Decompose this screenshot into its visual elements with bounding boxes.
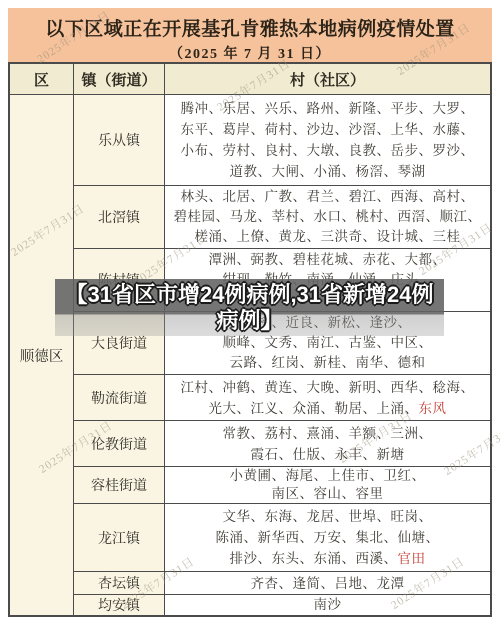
- village-line: 齐杏、逢简、吕地、龙潭: [251, 573, 405, 594]
- header-district: 区: [10, 64, 74, 94]
- village-name-highlighted: 东风: [419, 401, 447, 416]
- village-line: 腾冲、乐居、兴乐、路州、新隆、平步、大罗、: [181, 98, 475, 119]
- overlay-caption-line2: 病例】: [216, 308, 282, 334]
- table-body: 顺德区 乐从镇腾冲、乐居、兴乐、路州、新隆、平步、大罗、东平、葛岸、荷村、沙边、…: [10, 95, 490, 615]
- village-names: 槎涌、上僚、黄龙、三洪奇、设计城、三桂: [195, 229, 461, 244]
- village-list-cell: 江村、冲鹤、黄连、大晚、新明、西华、稔海、光大、江义、众涌、勒居、上涌、东风: [165, 375, 490, 420]
- village-line: 小布、劳村、良村、大墩、良教、岳步、罗沙、: [181, 140, 475, 161]
- village-line: 碧桂园、马龙、莘村、水口、桃村、西滘、顺江、: [174, 207, 482, 227]
- district-cell: 顺德区: [10, 95, 74, 615]
- town-cell: 北滘镇: [74, 186, 165, 248]
- village-names: 道教、大闸、小涌、杨滘、琴湖: [230, 164, 426, 179]
- village-names: 文华、东海、龙居、世埠、旺岗、: [223, 509, 433, 524]
- page-date: （2025 年 7 月 31 日）: [8, 43, 492, 63]
- village-line: 江村、冲鹤、黄连、大晚、新明、西华、稔海、: [181, 377, 475, 398]
- town-cell: 龙江镇: [74, 504, 165, 571]
- overlay-caption: 【31省区市增24例病例,31省新增24例 病例】: [55, 279, 444, 336]
- village-line: 常教、荔村、熹涌、羊额、三洲、: [223, 423, 433, 444]
- village-list-cell: 文华、东海、龙居、世埠、旺岗、陈涌、新华西、万安、集北、仙塘、排沙、东头、东涌、…: [165, 504, 490, 571]
- village-names: 东平、葛岸、荷村、沙边、沙滘、上华、水藤、: [181, 122, 475, 137]
- village-list-cell: 常教、荔村、熹涌、羊额、三洲、霞石、仕版、永丰、新塘: [165, 421, 490, 466]
- village-names: 小布、劳村、良村、大墩、良教、岳步、罗沙、: [181, 143, 475, 158]
- page-title: 以下区域正在开展基孔肯雅热本地病例疫情处置: [8, 8, 492, 41]
- village-line: 道教、大闸、小涌、杨滘、琴湖: [230, 161, 426, 182]
- village-line: 小黄圃、海尾、上佳市、卫红、: [230, 467, 426, 485]
- village-names: 南区、容山、容里: [272, 486, 384, 501]
- village-line: 文华、东海、龙居、世埠、旺岗、: [223, 506, 433, 527]
- epidemic-area-table: 区 镇（街道） 村（社区） 顺德区 乐从镇腾冲、乐居、兴乐、路州、新隆、平步、大…: [8, 62, 492, 617]
- village-names: 碧桂园、马龙、莘村、水口、桃村、西滘、顺江、: [174, 209, 482, 224]
- village-line: 云路、红岗、新桂、南华、德和: [230, 353, 426, 373]
- village-line: 潭洲、弼教、碧桂花城、赤花、大都、: [209, 250, 447, 270]
- table-row: 容桂街道小黄圃、海尾、上佳市、卫红、南区、容山、容里: [74, 466, 490, 503]
- village-line: 排沙、东头、东涌、西溪、官田: [230, 548, 426, 569]
- title-block: 以下区域正在开展基孔肯雅热本地病例疫情处置 （2025 年 7 月 31 日）: [8, 8, 492, 62]
- village-line: 南区、容山、容里: [272, 485, 384, 503]
- village-names: 云路、红岗、新桂、南华、德和: [230, 355, 426, 370]
- village-names: 霞石、仕版、永丰、新塘: [251, 447, 405, 462]
- table-row: 均安镇南沙: [74, 594, 490, 615]
- town-cell: 伦教街道: [74, 421, 165, 466]
- village-list-cell: 林头、北居、广教、君兰、碧江、西海、高村、碧桂园、马龙、莘村、水口、桃村、西滘、…: [165, 186, 490, 248]
- village-list-cell: 腾冲、乐居、兴乐、路州、新隆、平步、大罗、东平、葛岸、荷村、沙边、沙滘、上华、水…: [165, 95, 490, 185]
- town-cell: 勒流街道: [74, 375, 165, 420]
- screenshot-page: 以下区域正在开展基孔肯雅热本地病例疫情处置 （2025 年 7 月 31 日） …: [0, 0, 500, 617]
- table-row: 龙江镇文华、东海、龙居、世埠、旺岗、陈涌、新华西、万安、集北、仙塘、排沙、东头、…: [74, 503, 490, 571]
- village-names: 陈涌、新华西、万安、集北、仙塘、: [216, 530, 440, 545]
- village-names: 南沙: [314, 597, 342, 612]
- village-line: 霞石、仕版、永丰、新塘: [251, 444, 405, 465]
- village-names: 小黄圃、海尾、上佳市、卫红、: [230, 468, 426, 483]
- village-list-cell: 齐杏、逢简、吕地、龙潭: [165, 572, 490, 594]
- village-names: 排沙、东头、东涌、西溪、: [230, 551, 398, 566]
- village-names: 江村、冲鹤、黄连、大晚、新明、西华、稔海、: [181, 380, 475, 395]
- village-list-cell: 小黄圃、海尾、上佳市、卫红、南区、容山、容里: [165, 467, 490, 503]
- town-cell: 杏坛镇: [74, 572, 165, 594]
- table-row: 北滘镇林头、北居、广教、君兰、碧江、西海、高村、碧桂园、马龙、莘村、水口、桃村、…: [74, 185, 490, 248]
- village-line: 南沙: [314, 595, 342, 615]
- village-names: 光大、江义、众涌、勒居、上涌、: [209, 401, 419, 416]
- village-names: 林头、北居、广教、君兰、碧江、西海、高村、: [181, 189, 475, 204]
- header-town: 镇（街道）: [74, 64, 165, 94]
- table-row: 乐从镇腾冲、乐居、兴乐、路州、新隆、平步、大罗、东平、葛岸、荷村、沙边、沙滘、上…: [74, 95, 490, 185]
- village-line: 光大、江义、众涌、勒居、上涌、东风: [209, 398, 447, 419]
- village-line: 顺峰、文秀、南江、古鉴、中区、: [223, 333, 433, 353]
- village-names: 腾冲、乐居、兴乐、路州、新隆、平步、大罗、: [181, 101, 475, 116]
- town-cell: 均安镇: [74, 595, 165, 615]
- village-line: 槎涌、上僚、黄龙、三洪奇、设计城、三桂: [195, 227, 461, 247]
- village-names: 齐杏、逢简、吕地、龙潭: [251, 576, 405, 591]
- village-line: 东平、葛岸、荷村、沙边、沙滘、上华、水藤、: [181, 119, 475, 140]
- table-row: 杏坛镇齐杏、逢简、吕地、龙潭: [74, 571, 490, 594]
- village-line: 陈涌、新华西、万安、集北、仙塘、: [216, 527, 440, 548]
- town-cell: 容桂街道: [74, 467, 165, 503]
- table-row: 伦教街道常教、荔村、熹涌、羊额、三洲、霞石、仕版、永丰、新塘: [74, 420, 490, 466]
- table-header-row: 区 镇（街道） 村（社区）: [10, 64, 490, 95]
- village-names: 潭洲、弼教、碧桂花城、赤花、大都、: [209, 252, 447, 267]
- header-village: 村（社区）: [165, 64, 490, 94]
- town-cell: 乐从镇: [74, 95, 165, 185]
- table-rows: 乐从镇腾冲、乐居、兴乐、路州、新隆、平步、大罗、东平、葛岸、荷村、沙边、沙滘、上…: [74, 95, 490, 615]
- village-line: 林头、北居、广教、君兰、碧江、西海、高村、: [181, 187, 475, 207]
- village-names: 顺峰、文秀、南江、古鉴、中区、: [223, 335, 433, 350]
- table-row: 勒流街道江村、冲鹤、黄连、大晚、新明、西华、稔海、光大、江义、众涌、勒居、上涌、…: [74, 374, 490, 420]
- village-name-highlighted: 官田: [398, 551, 426, 566]
- overlay-caption-line1: 【31省区市增24例病例,31省新增24例: [66, 282, 434, 308]
- village-list-cell: 南沙: [165, 595, 490, 615]
- village-names: 常教、荔村、熹涌、羊额、三洲、: [223, 426, 433, 441]
